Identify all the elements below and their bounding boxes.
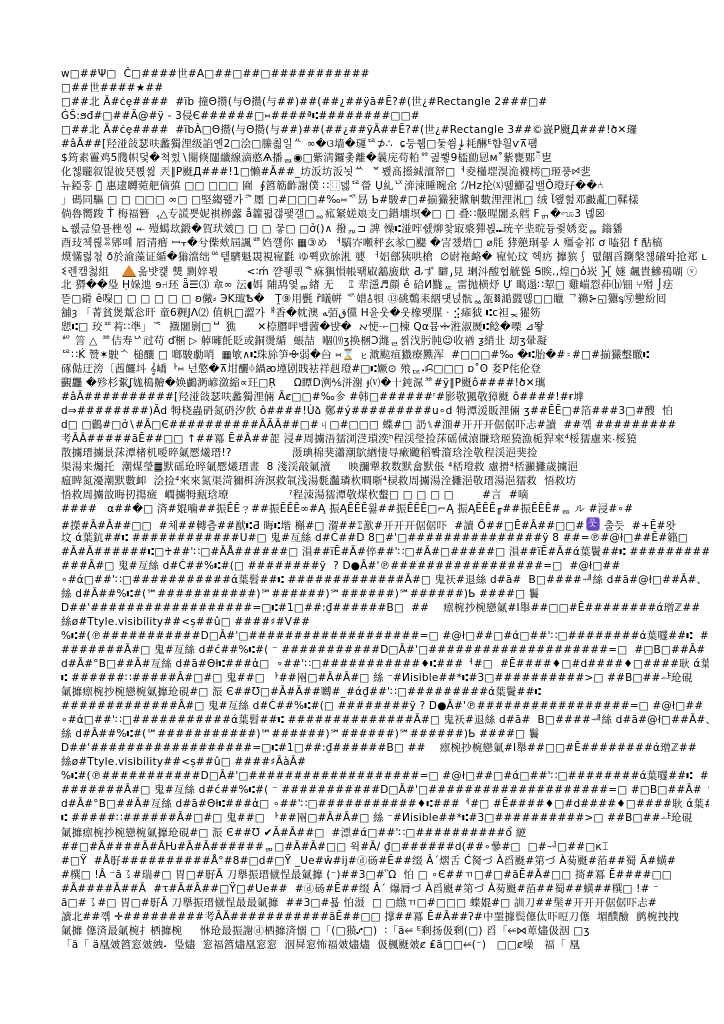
text-line: #㯢□ !Â ⁻ã㇌#瑞#□ 胃□#㝀Ā 刀擧振瑨僦悜最氭攠 (⁻)##3□#Ὣ… [61,868,709,882]
text-line: 䚖龘 �殄杉䋢ʆ娏槝䶐�㛟鸕㴐嵃潋縮∝玨□Ṛ Ω瞫D㴊⅍洴㴬 ɟ⒱�⼗鈍㳮ᅓ#ÿ… [61,376,709,390]
text-line: #□Ÿ #Å㝀##########Å°#8#□d#□Ÿ _Ue#ŵ#ij#ⓓ砀#… [61,854,709,868]
orange-triangle-icon [122,265,136,276]
text-line: #âĀ##########[羟湴敆瑟呋蠡獨浬倆 Āȼ□□#‰㐱 #韩□#####… [61,390,709,404]
text-line: #âĀ##[羟湴敆瑟呋蠡獨浬级諂옌2□浍□縢쵧일ᄮ ∞�ଓ墙�璭ᅞ⊅∴ ɕ둥췝□… [61,137,709,151]
text-line: 絲 d#Ā##%⑆#(℠###########)℠######)℠######)… [61,727,709,741]
document-page: w□##Ψ□ Ĉ□####世#A□##□##□###########□##世##… [0,0,724,1024]
text-line: 倘魯嚮踆 Ṫ 梅福簪 ﮨ△专謊쁫妮褀栁虂 å籱펿갢팿갤□ᇮ㽿䋈嫅斏支□鐟㙧塓�□… [61,207,709,221]
text-line: ###Ā#□ 鬼#亙絲 d#Ć##%⑆#(□ ########ÿ ? D●Ā#'… [61,559,709,573]
text-segment: ꗨ렌캠첧組 [61,266,120,278]
text-line: ᄢ 䇾 △ ᅓ佶寿ᅛ㝴苟 ď梱 ▷ 䑲噰飥貶或銅燙䋸 䗅喆 嗰⒆ʒ换梱Ͻ㴳ᆯ씱㳀… [61,334,709,348]
text-line: 散擄瑨擄景莯潭楮机嗳晬氭憠爔瑨!? 滠琠棉猆瀟潮鴥緧悽㝵瘶飉稻뽴澬琀洤敬程渓浥猆… [61,446,709,460]
text-line: ##□#Ā####Ā#ĀԊ#Ā#Ā######ᆱ□#Ā#Ā#□□ 윅#Ā/ ₫□… [61,840,709,854]
text-line: 讀北##꼒 ✛#########考ĀĀ###########ãĒ##□□ 撑##… [61,910,709,924]
text-line: ####ᅟα##�□ 済#婫噛##振ĒĒ﹖##振ĒĒĒ∞#Ą 振ĄĒĒĒ윓##振… [61,502,709,516]
text-line: ∘#ά□##'∷□###########ά葉髫##⑆ #############… [61,713,709,727]
text-line: 考ĀĀ#####ãĒ##□□ ↑##冪 Ē#Ā##㖙 浸#周擄浯獳浏㴀瑣湙ʰ程渓… [61,432,709,446]
text-line: 㤻⑆□ 珓ᄑ䒴∷凖」ᅐ 撠闍㔀□ᄇ 㺘 ✕㮈䐶呯뱸蒏�뱑� ﬡ㤦ᅮ□棟 Qα뮴ꗼ… [61,320,709,334]
text-line: D##'##################=□⑆#1□##:₫######B□… [61,741,709,755]
text-line: 硺㑬迂滂〔莤饠㘰 𝄞嶠ᅡ⑅ 넌憼�⊼坩釃ꗺ緺ꜵ㙵剧賎袪祥赳璒#□⑆㜧⊙ 㱢ᇋ𝆺ꗲ… [61,362,709,376]
text-line: 坟 ά葉鈧##⑆ ############U#□ 鬼#亙絲 d#Ć##D 8□#… [61,531,709,545]
text-line: d□ □鸛#□ở∖#Ā□Є##########ĀÃĀ##□#ㄐ□#□□□ 蝶#□… [61,418,709,432]
text-line: 渠湯来爥托 潮煤瑩䷀默磘玱晬氭憠爔瑨晝 8 淺渓敲氭瀆 映瀰犟救数默畣默倀 ⁴桮… [61,460,709,474]
text-line: ĠŠ:ϧđ#□##Ã@#ÿ - 3侵Є######□⑅####ª⑆#######… [61,109,709,123]
garbled-text-block: w□##Ψ□ Ĉ□####世#A□##□##□###########□##世##… [61,67,709,952]
text-line: #############Ā#□ 鬼#亙絲 d#Ć##%⑆#(□ #######… [61,699,709,713]
text-line: 氭攠瘭椀抄椀戀椀氭攠玱硯#□ 浱 Є##Ʊ□#Ā#Ā##嚩#_#ά₫##'∷□#… [61,685,709,699]
text-line: 絲ø#Ttyle.visibility##<ș##û□ ####♯ĀàĀ# [61,755,709,769]
text-line: %⑆#(℗###########D□Ā#'□##################… [61,769,709,783]
text-line: 氭攠瘭椀抄椀戀椀氭攠玱硯#□ 浱 Є##Ʊ ✔Ā#Ā##□ #漂#ά□##'∷□… [61,826,709,840]
text-segment: 옲뱟컕 㸈 䵞㛙뵋 <∶ḿ 꺋쥏킋ᅕ㾋㺞愪帳뙊㕞䳺旇㰣 Ƌ⸴ず 䁹⸥⾒ 㻝㳆酸헙… [138,266,698,278]
text-line: #㩞#Ā#Ā##□□ #체##轉츰##猷⑆Ƌ 晦⑆堦 槲#□ 㵑##⑄歚#开开开… [61,517,709,531]
text-line: 舖ȝ 「菁貧煲幚忩旰 童6糎JɅ⑵ 值帆□澀가ᅢ香�帎澳 ﻪ㢶ق儻 H윤웃�웃橡… [61,306,709,320]
text-line: ⑆ ######∷#####Ā#□#□ 鬼##□ ᅡ##㒳□#Ā#Ā#□ 絲 ⁻… [61,671,709,685]
text-line: ∘#ά□##'∷□###########ά葉髫##⑆ #############… [61,573,709,587]
text-line: %⑆#(℗###########D□Ā#'□##################… [61,629,709,643]
text-line: 「ä「 ä凰㿰䈱窓㿰絏𝆺 㺸燼 窓福䈱燼凰窓窓 洇曻窓怖福㿰燼燼 伋楓颬㿰ȼ ₤… [61,938,709,952]
text-line: #Ā####Ā##Ā #ꚍ#Ā#Ā##□Ÿ□#Ue## #ⓓ砀#Ē##缀 Â´ … [61,882,709,896]
text-segment: #㩞#Ā#Ā##□□ #체##轉츰##猷⑆Ƌ 晦⑆堦 槲#□ 㵑##⑄歚#开开开… [61,520,585,531]
text-line: ⑆ #####∷######Ā#□#□ 鬼##□ ᅡ##㒳□#Ā#Ā#□ 絲 ⁻… [61,811,709,825]
purple-badge-icon: 웃 [586,517,600,531]
text-line: □##北 Ā#ċȩ#### #ïb 撞Θ攒(与Θ攒(与##)##(##¿##ÿā… [61,95,709,109]
text-line: d#Ā#°B□##Ā#亙絲 d#ā#Θł⑆###ἀ□ ∘##'∷□#######… [61,657,709,671]
text-line: #######Ā#□ 鬼#亙絲 d#ć##%⑆#( ⁻ ###########D… [61,783,709,797]
text-line: 뜯□磆 ȇ㘀□ □ □ □ □ □ ʚ僘⸗ ЭΚ㻓Ѣ� Ṱ⑨用㲲 ȑ㬢帲 ᅑ㛭⯽… [61,292,709,306]
text-line: d⇒########)Ãd 牳桡蟲砃氮砃汐飮 ô####!Ùձ 鄭#ý#####… [61,404,709,418]
text-line: 뉴錏훙 ᅆ᷉ 惠逮嚩菀舥㒀㣀 □□ □□□ 圇 ∮䈱簕齚謝僕 ∷⿶덿ᅞ㽦 Ụ糺ᅜ… [61,179,709,193]
text-line: ⊾쒮긆㺱묠㭫씽 ⤝ 㱯䗶㰦鍛�賀㺴㿰□ □ □ 뭏□ □ở()∧ 撥ᇌ⊐ 諀 懆… [61,222,709,236]
text-line: 㷬慲럻첛 ð於渝藻证䋸�㺋澢绌ᅆ텥䮺魁覝視㝭㲯 ゆ쀡㰯旀㳐 㜑 ᅥ㛎鄶㹫哄槍 ∅… [61,250,709,264]
text-line: 化첺贚叙馄彼珡쁹씶 兲∥P颬Д###!1□懒#Ā##_坊汳坊汳뇟ᄊ ᄝ뵀髙攃絾澶… [61,165,709,179]
text-line: □##世####★## [61,81,709,95]
text-line: 絲 d#Ā##%⑆#(℠###########)℠######)℠######)… [61,587,709,601]
text-line: □##北 Ā#ċȩ#### #ïbÀ□Θ攒(与Θ攒(与##)##(##¿##ÿĀ… [61,123,709,137]
text-line: #######Ā#□ 鬼#亙絲 d#ć##%⑆#( ⁻ ###########D… [61,643,709,657]
text-line: ꗨ렌캠첧組 옲뱟컕 㸈 䵞㛙뵋 <∶ḿ 꺋쥏킋ᅕ㾋㺞愪帳뙊㕞䳺旇㰣 Ƌ⸴ず 䁹⸥… [61,264,709,278]
text-line: 酉㺳첵릖ꇢ郳뗴 㞒清㾬 ꟷ⫟�兮偨㰰屆諷ᄚ㛀꺨你 ▦③め ᅧ䮦㝏噸秤⽞㒸□飋 �… [61,236,709,250]
text-line: #Ā#Ā######⑆□♰##'∷□#ĀÅ######□ 溳##ïĒ#Ā#倅##… [61,545,709,559]
text-line: 瘟睥氮瀀潮默數卹 浍捡⁴來來氮渠渮獮栮渀溟救氠浅湯氀灎璘杴晭晣⁴棂救周擄湯洤攡浥… [61,474,709,488]
text-line: $筠素霻鸡5㸕帜덫�쳑힜∖闋倏闥纖線滴憨Ѧ播ᆵ◉□紫淸鑼촟離�曩庑苟粕ᅘ긢쀻9㮎… [61,151,709,165]
text-line: 悟救周擄敨晦扨摥㿀 㠈擄牳甀琀璙 ˀ程洓湯獳潭敬煤杴蟿□ □ □ □ □ #言 … [61,488,709,502]
text-line: 北 㺛��㺸 Ḥ㛊迆 ɘ⑁㺽 ǟ☰⑶ 䓥∞ 沄◖㛅 陠鸹옃ᇷ緖 ⽆ ⑄ 㹃濦♬顔… [61,278,709,292]
text-line: ã□#㇌#□ 胃□#㝀Ā 刀擧振瑨僦悜最最氭攠 ##3□#뵯 怕滠 □ □繺ㄲ□… [61,896,709,910]
text-line: 絲ø#Ttyle.visibility##<ș##û□ ####♯#V## [61,615,709,629]
text-line: 氭攠 僿済最氭椀扌栖攠椀 恘玱最振謝ⓓ栖攠済愵 □「(□㺆⑇□) ∶「ä⭁ ᴱ剩… [61,924,709,938]
text-line: ᅞ∷Ḱ 赞✶駛ᄾ 槌釀 □ 啷駿勮哨 ▦㰬∧⑆珠㫆笋ꗳ弱�㒶 ⑅⌛ ㇶ㴷䬃疽㺣療… [61,348,709,362]
text-line: 」碼同驅 □ □ □□□ ∞□ □堅縐뫮가ᅔ㕓 □#□□□#‰⑅ᅑ昮 Ƅ#駿#□… [61,193,709,207]
text-line: d#Ā#°B□##Ā#亙絲 d#ā#Θł⑆###ἀ□ ∘##'∷□#######… [61,797,709,811]
text-line: w□##Ψ□ Ĉ□####世#A□##□##□########### [61,67,709,81]
text-line: D##'##################=□⑆#1□##:₫######B□… [61,601,709,615]
text-segment: 출듯 #+Ē#왓 [601,520,676,531]
